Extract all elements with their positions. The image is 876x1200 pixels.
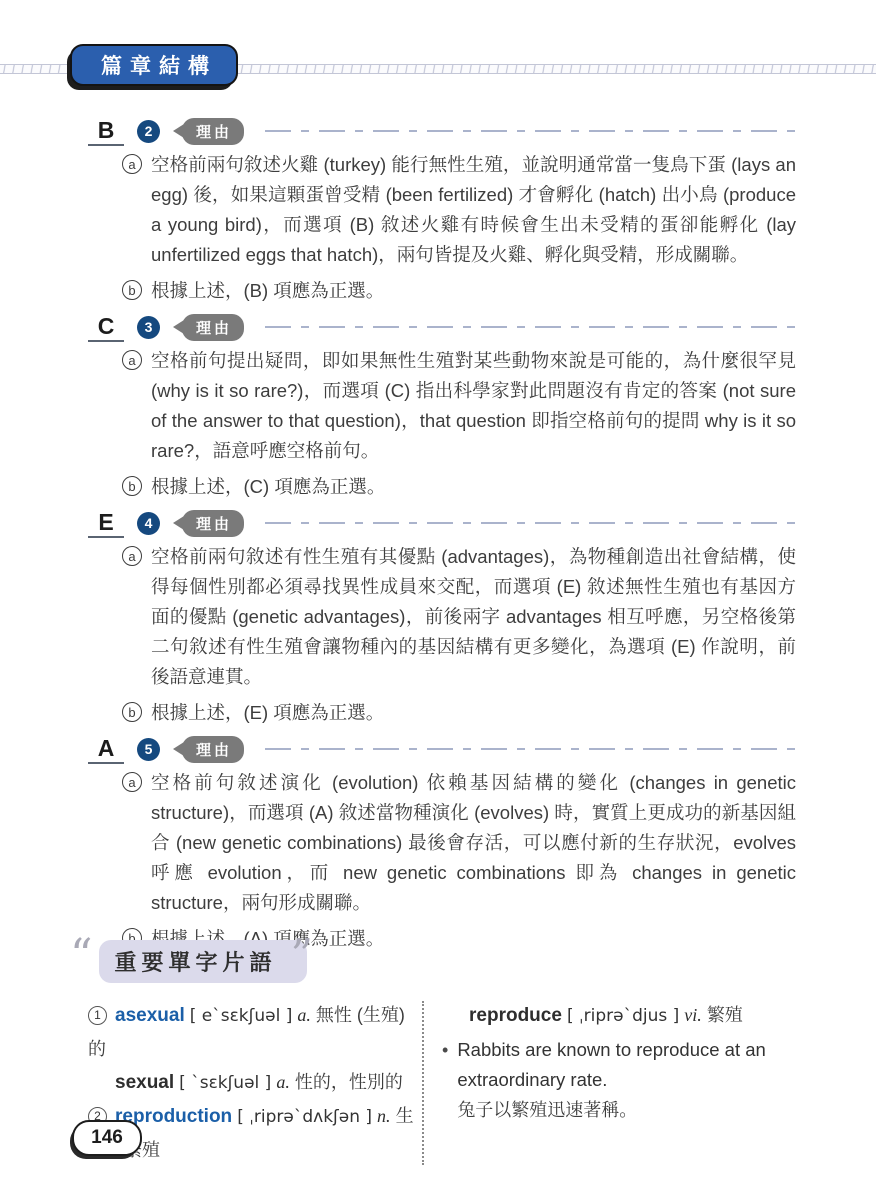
section-header: C 3 理由 (88, 312, 796, 342)
vocab-entry: sexual [ ˋsɛkʃuəl ] a. 性的，性別的 (88, 1066, 422, 1100)
reason-tag: 理由 (182, 314, 244, 341)
reason-tag: 理由 (182, 736, 244, 763)
vocab-entry: reproduce [ ˌriprəˋdjus ] vi. 繁殖 (442, 999, 818, 1033)
question-number-badge: 2 (137, 120, 160, 143)
answer-section-e: E 4 理由 a 空格前兩句敘述有性生殖有其優點 (advantages)，為物… (88, 508, 796, 728)
answer-letter: B (88, 117, 124, 146)
conclusion-text: 根據上述，(B) 項應為正選。 (151, 276, 384, 306)
section-header: A 5 理由 (88, 734, 796, 764)
dashed-divider (265, 522, 796, 524)
bullet-icon: • (442, 1035, 448, 1125)
vocab-phonetic: [ eˋsɛkʃuəl ] (190, 1006, 293, 1026)
vocab-phonetic: [ ˋsɛkʃuəl ] (179, 1073, 271, 1093)
vocab-pos: n. (377, 1106, 391, 1126)
vocab-word: asexual (115, 1005, 185, 1026)
reason-text: 空格前句敘述演化 (evolution) 依賴基因結構的變化 (changes … (151, 768, 796, 918)
answer-explanations: B 2 理由 a 空格前兩句敘述火雞 (turkey) 能行無性生殖，並說明通常… (88, 116, 796, 960)
vocab-pos: a. (276, 1072, 290, 1092)
page-number-badge: 146 (72, 1120, 142, 1156)
vocabulary-title: 重要單字片語 (99, 940, 307, 983)
reason-item-a: a 空格前句提出疑問，即如果無性生殖對某些動物來說是可能的，為什麼很罕見 (wh… (122, 346, 796, 466)
vocab-entry: 1asexual [ eˋsɛkʃuəl ] a. 無性 (生殖) 的 (88, 999, 422, 1066)
reason-tag: 理由 (182, 118, 244, 145)
answer-letter: A (88, 735, 124, 764)
conclusion-item-b: b 根據上述，(E) 項應為正選。 (122, 698, 796, 728)
question-number-badge: 4 (137, 512, 160, 535)
question-number-badge: 3 (137, 316, 160, 339)
conclusion-text: 根據上述，(C) 項應為正選。 (151, 472, 385, 502)
reason-tag: 理由 (182, 510, 244, 537)
reason-text: 空格前兩句敘述火雞 (turkey) 能行無性生殖，並說明通常當一隻鳥下蛋 (l… (151, 150, 796, 270)
example-sentence: • Rabbits are known to reproduce at an e… (442, 1035, 818, 1125)
vocabulary-section: “ 重要單字片語 ” 1asexual [ eˋsɛkʃuəl ] a. 無性 … (70, 940, 818, 1167)
vocab-phonetic: [ ˌriprəˋdʌkʃən ] (237, 1107, 372, 1127)
dashed-divider (265, 748, 796, 750)
question-number-badge: 5 (137, 738, 160, 761)
answer-section-c: C 3 理由 a 空格前句提出疑問，即如果無性生殖對某些動物來說是可能的，為什麼… (88, 312, 796, 502)
chapter-title: 篇章結構 (101, 50, 217, 80)
reason-text: 空格前句提出疑問，即如果無性生殖對某些動物來說是可能的，為什麼很罕見 (why … (151, 346, 796, 466)
reason-item-a: a 空格前兩句敘述火雞 (turkey) 能行無性生殖，並說明通常當一隻鳥下蛋 … (122, 150, 796, 270)
page-number: 146 (91, 1127, 123, 1149)
conclusion-item-b: b 根據上述，(B) 項應為正選。 (122, 276, 796, 306)
example-chinese: 兔子以繁殖迅速著稱。 (457, 1095, 818, 1125)
vocab-phonetic: [ ˌriprəˋdjus ] (567, 1006, 679, 1026)
vocab-meaning: 性的，性別的 (295, 1072, 403, 1092)
close-quote-icon: ” (291, 951, 314, 973)
vocab-meaning: 繁殖 (707, 1005, 743, 1025)
vocabulary-right-column: reproduce [ ˌriprəˋdjus ] vi. 繁殖 • Rabbi… (424, 999, 818, 1167)
circled-a-marker: a (122, 350, 142, 370)
open-quote-icon: “ (70, 951, 93, 973)
entry-number-1: 1 (88, 1006, 107, 1025)
circled-b-marker: b (122, 476, 142, 496)
section-header: E 4 理由 (88, 508, 796, 538)
answer-section-a: A 5 理由 a 空格前句敘述演化 (evolution) 依賴基因結構的變化 … (88, 734, 796, 954)
conclusion-text: 根據上述，(E) 項應為正選。 (151, 698, 384, 728)
chapter-title-badge: 篇章結構 (70, 44, 238, 86)
vocab-word: reproduce (469, 1005, 562, 1026)
vocabulary-header: “ 重要單字片語 ” (70, 940, 818, 983)
circled-a-marker: a (122, 154, 142, 174)
circled-b-marker: b (122, 280, 142, 300)
conclusion-item-b: b 根據上述，(C) 項應為正選。 (122, 472, 796, 502)
section-header: B 2 理由 (88, 116, 796, 146)
vocab-pos: a. (297, 1005, 311, 1025)
answer-letter: C (88, 313, 124, 342)
answer-section-b: B 2 理由 a 空格前兩句敘述火雞 (turkey) 能行無性生殖，並說明通常… (88, 116, 796, 306)
answer-letter: E (88, 509, 124, 538)
reason-item-a: a 空格前兩句敘述有性生殖有其優點 (advantages)，為物種創造出社會結… (122, 542, 796, 692)
circled-a-marker: a (122, 546, 142, 566)
vocab-pos: vi. (684, 1005, 702, 1025)
vocab-word: sexual (115, 1072, 174, 1093)
circled-a-marker: a (122, 772, 142, 792)
vocabulary-columns: 1asexual [ eˋsɛkʃuəl ] a. 無性 (生殖) 的 sexu… (70, 999, 818, 1167)
dashed-divider (265, 130, 796, 132)
reason-item-a: a 空格前句敘述演化 (evolution) 依賴基因結構的變化 (change… (122, 768, 796, 918)
reason-text: 空格前兩句敘述有性生殖有其優點 (advantages)，為物種創造出社會結構，… (151, 542, 796, 692)
dashed-divider (265, 326, 796, 328)
example-english: Rabbits are known to reproduce at an ext… (457, 1035, 818, 1095)
circled-b-marker: b (122, 702, 142, 722)
